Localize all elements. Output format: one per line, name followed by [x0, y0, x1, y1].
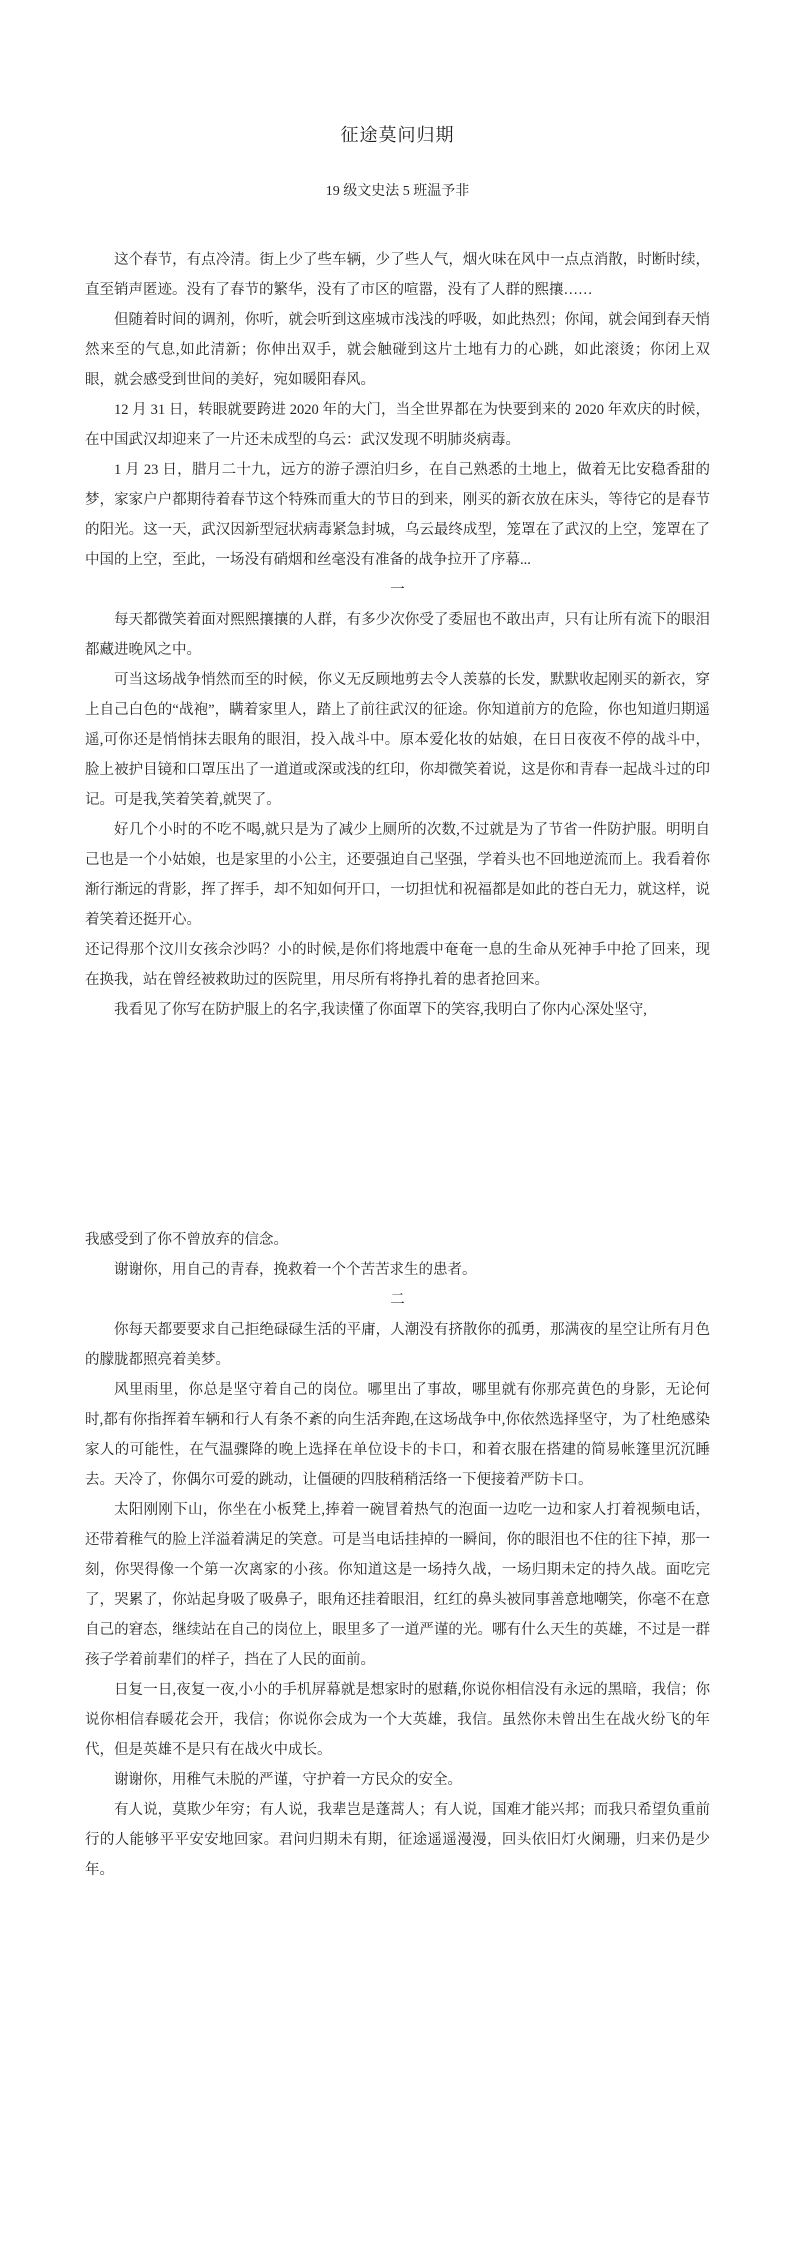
- document-page: 征途莫问归期 19 级文史法 5 班温予非 这个春节，有点冷清。街上少了些车辆，…: [0, 0, 793, 2244]
- paragraph: 有人说，莫欺少年穷；有人说，我辈岂是蓬蒿人；有人说，国难才能兴邦；而我只希望负重…: [85, 1795, 710, 1885]
- paragraph: 但随着时间的调剂，你听，就会听到这座城市浅浅的呼吸，如此热烈；你闻，就会闻到春天…: [85, 305, 710, 395]
- paragraph: 我看见了你写在防护服上的名字,我读懂了你面罩下的笑容,我明白了你内心深处坚守,: [85, 995, 710, 1025]
- paragraph: 1 月 23 日，腊月二十九，远方的游子漂泊归乡，在自己熟悉的土地上，做着无比安…: [85, 455, 710, 575]
- paragraph: 谢谢你，用自己的青春，挽救着一个个苦苦求生的患者。: [85, 1255, 710, 1285]
- document-title: 征途莫问归期: [85, 122, 710, 148]
- page-break-gap: [85, 1025, 710, 1225]
- paragraph: 这个春节，有点冷清。街上少了些车辆，少了些人气，烟火味在风中一点点消散，时断时续…: [85, 245, 710, 305]
- section-heading: 一: [85, 575, 710, 605]
- paragraph: 12 月 31 日，转眼就要跨进 2020 年的大门，当全世界都在为快要到来的 …: [85, 395, 710, 455]
- paragraph: 还记得那个汶川女孩佘沙吗？小的时候,是你们将地震中奄奄一息的生命从死神手中抢了回…: [85, 935, 710, 995]
- document-blocks: 这个春节，有点冷清。街上少了些车辆，少了些人气，烟火味在风中一点点消散，时断时续…: [85, 245, 710, 1885]
- paragraph: 日复一日,夜复一夜,小小的手机屏幕就是想家时的慰藉,你说你相信没有永远的黑暗，我…: [85, 1675, 710, 1765]
- paragraph: 你每天都要要求自己拒绝碌碌生活的平庸，人潮没有挤散你的孤勇，那满夜的星空让所有月…: [85, 1315, 710, 1375]
- paragraph: 风里雨里，你总是坚守着自己的岗位。哪里出了事故，哪里就有你那亮黄色的身影，无论何…: [85, 1375, 710, 1495]
- document-byline: 19 级文史法 5 班温予非: [85, 180, 710, 204]
- paragraph: 我感受到了你不曾放弃的信念。: [85, 1225, 710, 1255]
- paragraph: 太阳刚刚下山，你坐在小板凳上,捧着一碗冒着热气的泡面一边吃一边和家人打着视频电话…: [85, 1495, 710, 1675]
- section-heading: 二: [85, 1285, 710, 1315]
- paragraph: 每天都微笑着面对熙熙攘攘的人群，有多少次你受了委屈也不敢出声，只有让所有流下的眼…: [85, 605, 710, 665]
- paragraph: 可当这场战争悄然而至的时候，你义无反顾地剪去令人羡慕的长发，默默收起刚买的新衣，…: [85, 665, 710, 815]
- paragraph: 谢谢你，用稚气未脱的严谨，守护着一方民众的安全。: [85, 1765, 710, 1795]
- paragraph: 好几个小时的不吃不喝,就只是为了减少上厕所的次数,不过就是为了节省一件防护服。明…: [85, 815, 710, 935]
